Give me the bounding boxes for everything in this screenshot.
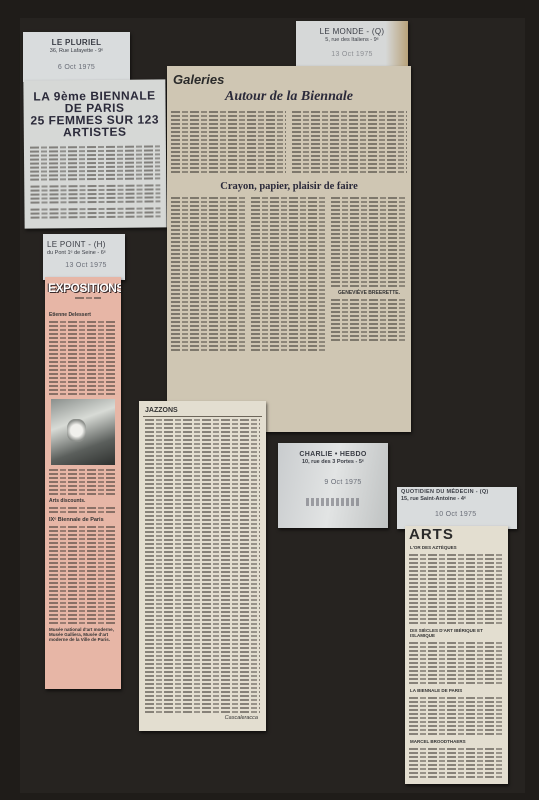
clipping-galeries-article: Galeries Autour de la Biennale Crayon, p… (167, 66, 411, 432)
source-address: 36, Rue Lafayette - 9ᵉ (23, 48, 130, 54)
date-stamp: 10 Oct 1975 (401, 511, 517, 518)
source-address: du Pont 1ᵉ de Seine - 6ᵉ (47, 250, 125, 256)
source-address: 10, rue des 3 Portes - 5ᵉ (278, 459, 388, 465)
article-lead-name: Etienne Delessert (45, 311, 121, 319)
article-body (30, 145, 161, 218)
clipping-expositions-article: EXPOSITIONS Etienne Delessert Arts disco… (45, 277, 121, 689)
section-heading: IXᵉ Biennale de Paris (45, 516, 121, 524)
source-address: 5, rue des Italiens - 9ᵉ (296, 37, 408, 43)
date-stamp: 13 Oct 1975 (47, 262, 125, 269)
source-name: LE MONDE - (Q) (296, 27, 408, 36)
source-address: 15, rue Saint-Antoine - 4ᵉ (401, 496, 517, 502)
article-intro-columns (167, 109, 411, 175)
clipping-jazzons-article: JAZZONS Cascaleracca (139, 401, 266, 731)
article-footer: Musée national d'art moderne, Musée Gall… (45, 626, 121, 643)
source-name: QUOTIDIEN DU MÉDECIN - (Q) (401, 489, 517, 495)
section-heading: LA BIENNALE DE PARIS (405, 686, 508, 695)
section-heading: L'OR DES AZTÈQUES (405, 543, 508, 552)
article-subheadline: Crayon, papier, plaisir de faire (167, 181, 411, 192)
clipping-quotidien-du-medecin: QUOTIDIEN DU MÉDECIN - (Q) 15, rue Saint… (397, 487, 517, 529)
section-title: Galeries (167, 66, 411, 87)
source-name: CHARLIE • HEBDO (278, 451, 388, 458)
article-title: ARTS (405, 526, 508, 543)
source-name: LE POINT - (H) (47, 240, 125, 249)
clipping-biennale-article: LA 9ème BIENNALE DE PARIS 25 FEMMES SUR … (23, 79, 166, 228)
date-stamp: 9 Oct 1975 (278, 479, 388, 486)
clipping-charlie-hebdo: CHARLIE • HEBDO 10, rue des 3 Portes - 5… (278, 443, 388, 528)
clipping-arts-article: ARTS L'OR DES AZTÈQUES DIX SIÈCLES D'ART… (405, 526, 508, 784)
clipping-le-point: LE POINT - (H) du Pont 1ᵉ de Seine - 6ᵉ … (43, 234, 125, 280)
clipping-le-pluriel: LE PLURIEL 36, Rue Lafayette - 9ᵉ 6 Oct … (23, 32, 130, 82)
source-name: LE PLURIEL (23, 38, 130, 47)
article-title: EXPOSITIONS (45, 281, 121, 295)
article-headline: LA 9ème BIENNALE DE PARIS 25 FEMMES SUR … (23, 89, 165, 138)
cat-illustration (51, 399, 115, 465)
date-stamp: 13 Oct 1975 (296, 51, 408, 58)
article-signature: Cascaleracca (139, 715, 266, 721)
article-headline: Autour de la Biennale (167, 89, 411, 105)
handwritten-note (306, 498, 361, 506)
article-body-columns: GENEVIÈVE BREERETTE. (167, 195, 411, 353)
section-heading: DIX SIÈCLES D'ART IBÉRIQUE ET ISLAMIQUE (405, 626, 508, 640)
article-byline: GENEVIÈVE BREERETTE. (331, 290, 407, 296)
clipping-le-monde: LE MONDE - (Q) 5, rue des Italiens - 9ᵉ … (296, 21, 408, 67)
date-stamp: 6 Oct 1975 (23, 64, 130, 71)
info-label: Arts discounts. (45, 497, 121, 505)
section-heading: MARCEL BROODTHAERS (405, 737, 508, 746)
article-title: JAZZONS (139, 401, 266, 414)
